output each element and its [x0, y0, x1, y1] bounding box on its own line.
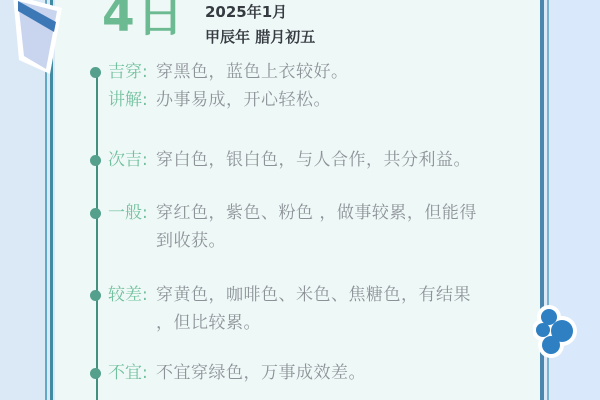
section-avoid: 不宜: 不宜穿绿色，万事成效差。	[90, 359, 542, 387]
section-label: 吉穿:	[108, 58, 156, 86]
section-sub-label: 讲解:	[108, 86, 156, 114]
section-row: 不宜: 不宜穿绿色，万事成效差。	[108, 359, 542, 387]
section-average: 一般: 穿红色，紫色、粉色 ，做事较累，但能得 到收获。	[90, 199, 542, 255]
clover-icon	[533, 303, 579, 365]
timeline-dot-icon	[90, 155, 101, 166]
section-second-best: 次吉: 穿白色，银白色，与人合作，共分利益。	[90, 146, 542, 174]
section-row: 较差: 穿黄色，咖啡色、米色、焦糖色，有结果 ，但比较累。	[108, 281, 542, 337]
timeline-dot-icon	[90, 208, 101, 219]
section-row: 次吉: 穿白色，银白色，与人合作，共分利益。	[108, 146, 542, 174]
sections-list: 吉穿: 穿黑色，蓝色上衣较好。 讲解: 办事易成，开心轻松。 次吉: 穿白色，银…	[90, 58, 542, 387]
timeline-dot-icon	[90, 290, 101, 301]
section-text: 不宜穿绿色，万事成效差。	[156, 359, 542, 387]
section-row: 吉穿: 穿黑色，蓝色上衣较好。	[108, 58, 542, 86]
section-text: 穿黄色，咖啡色、米色、焦糖色，有结果 ，但比较累。	[156, 281, 542, 337]
section-row: 一般: 穿红色，紫色、粉色 ，做事较累，但能得 到收获。	[108, 199, 542, 255]
section-text: 穿红色，紫色、粉色 ，做事较累，但能得 到收获。	[156, 199, 542, 255]
section-lucky-wear: 吉穿: 穿黑色，蓝色上衣较好。 讲解: 办事易成，开心轻松。	[90, 58, 542, 114]
gregorian-date: 2025年1月	[205, 1, 287, 22]
section-text: 穿黑色，蓝色上衣较好。	[156, 58, 542, 86]
lunar-date: 甲辰年 腊月初五	[205, 26, 315, 47]
section-label: 一般:	[108, 199, 156, 255]
section-label: 次吉:	[108, 146, 156, 174]
section-label: 较差:	[108, 281, 156, 337]
section-subrow: 讲解: 办事易成，开心轻松。	[108, 86, 542, 114]
timeline-dot-icon	[90, 368, 101, 379]
day-number: 4日	[102, 0, 186, 43]
paper-plane-icon	[0, 0, 70, 86]
section-text: 穿白色，银白色，与人合作，共分利益。	[156, 146, 542, 174]
section-label: 不宜:	[108, 359, 156, 387]
timeline-dot-icon	[90, 67, 101, 78]
daily-almanac-card: 4日 2025年1月 甲辰年 腊月初五 吉穿: 穿黑色，蓝色上衣较好。 讲解: …	[0, 0, 600, 400]
section-sub-text: 办事易成，开心轻松。	[156, 86, 542, 114]
section-poor: 较差: 穿黄色，咖啡色、米色、焦糖色，有结果 ，但比较累。	[90, 281, 542, 337]
